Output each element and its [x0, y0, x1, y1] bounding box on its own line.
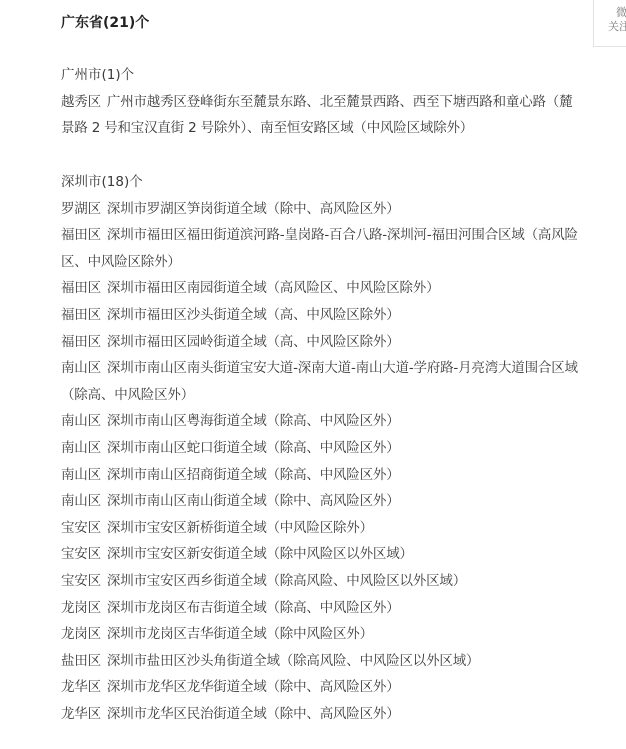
district-name: 龙华区 — [61, 706, 101, 722]
area-description: 深圳市南山区南头街道宝安大道-深南大道-南山大道-学府路-月亮湾大道围合区域（除… — [61, 360, 578, 403]
list-item: 宝安区深圳市宝安区新安街道全域（除中风险区以外区域） — [61, 541, 581, 568]
area-description: 深圳市福田区园岭街道全域（高、中风险区除外） — [107, 334, 400, 350]
area-description: 深圳市龙华区民治街道全域（除中、高风险区外） — [107, 706, 400, 722]
district-name: 龙岗区 — [61, 600, 101, 616]
area-description: 深圳市宝安区新桥街道全域（中风险区除外） — [107, 520, 373, 536]
district-name: 宝安区 — [61, 546, 101, 562]
list-item: 南山区深圳市南山区招商街道全域（除高、中风险区外） — [61, 462, 581, 489]
area-description: 广州市越秀区登峰街东至麓景东路、北至麓景西路、西至下塘西路和童心路（麓景路 2 … — [61, 94, 572, 137]
area-description: 深圳市龙岗区吉华街道全域（除中风险区外） — [107, 626, 373, 642]
district-name: 龙岗区 — [61, 626, 101, 642]
area-description: 深圳市福田区南园街道全域（高风险区、中风险区除外） — [107, 280, 440, 296]
district-name: 南山区 — [61, 440, 101, 456]
district-name: 南山区 — [61, 360, 101, 376]
list-item: 南山区深圳市南山区南山街道全域（除中、高风险区外） — [61, 488, 581, 515]
list-item: 南山区深圳市南山区粤海街道全域（除高、中风险区外） — [61, 408, 581, 435]
district-name: 盐田区 — [61, 653, 101, 669]
district-name: 宝安区 — [61, 520, 101, 536]
area-description: 深圳市宝安区西乡街道全域（除高风险、中风险区以外区域） — [107, 573, 466, 589]
list-item: 福田区深圳市福田区沙头街道全域（高、中风险区除外） — [61, 302, 581, 329]
area-description: 深圳市龙华区龙华街道全域（除中、高风险区外） — [107, 679, 400, 695]
area-description: 深圳市宝安区新安街道全域（除中风险区以外区域） — [107, 546, 413, 562]
list-item: 龙华区深圳市龙华区龙华街道全域（除中、高风险区外） — [61, 674, 581, 701]
district-name: 福田区 — [61, 334, 101, 350]
list-item: 越秀区广州市越秀区登峰街东至麓景东路、北至麓景西路、西至下塘西路和童心路（麓景路… — [61, 89, 581, 142]
area-description: 深圳市福田区福田街道滨河路-皇岗路-百合八路-深圳河-福田河围合区域（高风险区、… — [61, 227, 578, 270]
district-name: 南山区 — [61, 413, 101, 429]
list-item: 南山区深圳市南山区蛇口街道全域（除高、中风险区外） — [61, 435, 581, 462]
district-name: 福田区 — [61, 227, 101, 243]
area-description: 深圳市南山区蛇口街道全域（除高、中风险区外） — [107, 440, 400, 456]
list-item: 盐田区深圳市盐田区沙头角街道全域（除高风险、中风险区以外区域） — [61, 648, 581, 675]
follow-wechat-button[interactable]: 微 关注 — [593, 0, 626, 47]
list-item: 南山区深圳市南山区南头街道宝安大道-深南大道-南山大道-学府路-月亮湾大道围合区… — [61, 355, 581, 408]
list-item: 福田区深圳市福田区福田街道滨河路-皇岗路-百合八路-深圳河-福田河围合区域（高风… — [61, 222, 581, 275]
city-heading: 深圳市(18)个 — [61, 169, 581, 196]
city-section-guangzhou: 广州市(1)个 越秀区广州市越秀区登峰街东至麓景东路、北至麓景西路、西至下塘西路… — [61, 62, 581, 142]
district-name: 宝安区 — [61, 573, 101, 589]
area-description: 深圳市盐田区沙头角街道全域（除高风险、中风险区以外区域） — [107, 653, 479, 669]
area-description: 深圳市南山区招商街道全域（除高、中风险区外） — [107, 467, 400, 483]
district-name: 福田区 — [61, 307, 101, 323]
list-item: 龙岗区深圳市龙岗区布吉街道全域（除高、中风险区外） — [61, 595, 581, 622]
district-name: 福田区 — [61, 280, 101, 296]
list-item: 宝安区深圳市宝安区新桥街道全域（中风险区除外） — [61, 515, 581, 542]
list-item: 福田区深圳市福田区园岭街道全域（高、中风险区除外） — [61, 329, 581, 356]
area-description: 深圳市南山区粤海街道全域（除高、中风险区外） — [107, 413, 400, 429]
widget-label-line2: 关注 — [608, 20, 626, 34]
district-name: 南山区 — [61, 493, 101, 509]
province-heading: 广东省(21)个 — [61, 12, 149, 34]
list-item: 罗湖区深圳市罗湖区笋岗街道全域（除中、高风险区外） — [61, 196, 581, 223]
district-name: 南山区 — [61, 467, 101, 483]
district-name: 罗湖区 — [61, 201, 101, 217]
list-item: 宝安区深圳市宝安区西乡街道全域（除高风险、中风险区以外区域） — [61, 568, 581, 595]
widget-label-line1: 微 — [616, 6, 626, 20]
area-description: 深圳市福田区沙头街道全域（高、中风险区除外） — [107, 307, 400, 323]
district-name: 龙华区 — [61, 679, 101, 695]
district-name: 越秀区 — [61, 94, 101, 110]
area-description: 深圳市龙岗区布吉街道全域（除高、中风险区外） — [107, 600, 400, 616]
area-description: 深圳市南山区南山街道全域（除中、高风险区外） — [107, 493, 400, 509]
list-item: 福田区深圳市福田区南园街道全域（高风险区、中风险区除外） — [61, 275, 581, 302]
area-description: 深圳市罗湖区笋岗街道全域（除中、高风险区外） — [107, 201, 400, 217]
list-item: 龙华区深圳市龙华区民治街道全域（除中、高风险区外） — [61, 701, 581, 728]
city-heading: 广州市(1)个 — [61, 62, 581, 89]
list-item: 龙岗区深圳市龙岗区吉华街道全域（除中风险区外） — [61, 621, 581, 648]
city-section-shenzhen: 深圳市(18)个 罗湖区深圳市罗湖区笋岗街道全域（除中、高风险区外） 福田区深圳… — [61, 169, 581, 727]
